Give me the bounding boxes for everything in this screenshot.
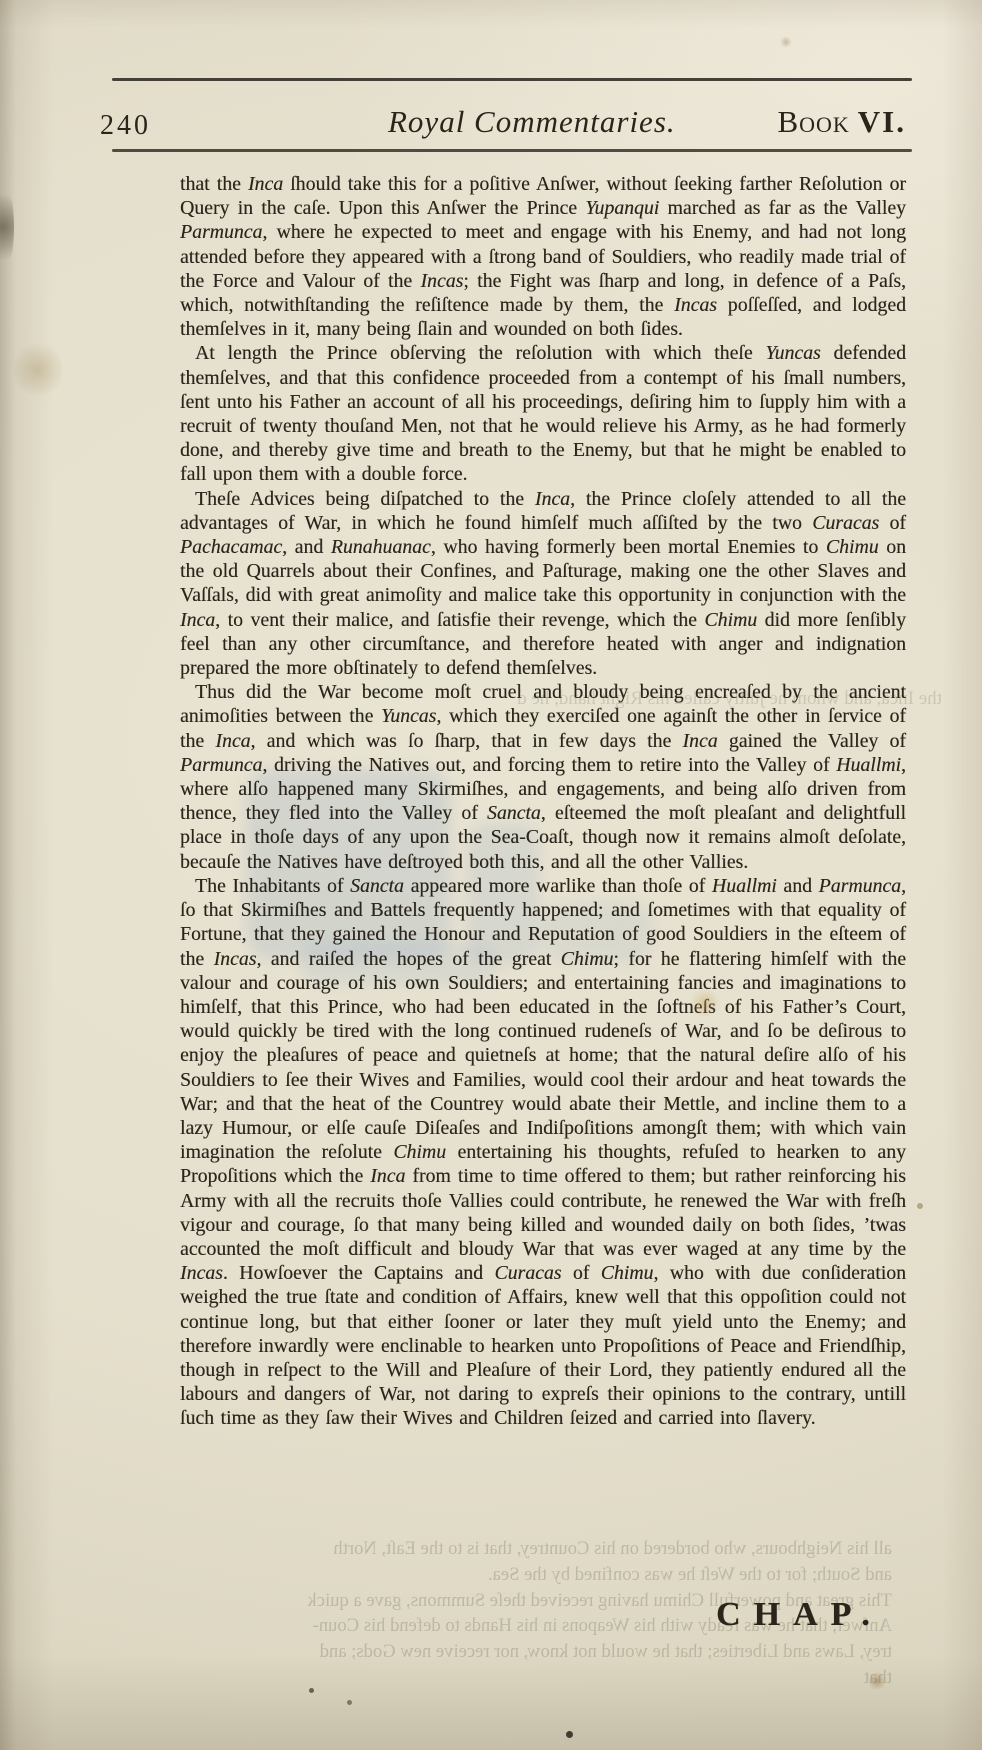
body-paragraph: that the Inca ſhould take this for a poſ… xyxy=(180,172,906,341)
italic-term: Chimu xyxy=(704,609,757,631)
italic-term: Chimu xyxy=(601,1262,654,1284)
header-rule-bottom xyxy=(112,149,912,152)
text-run: of xyxy=(561,1262,600,1284)
book-word: Book xyxy=(777,104,849,139)
text-run: . Howſoever the Captains and xyxy=(223,1262,495,1284)
ink-speck xyxy=(309,1688,314,1693)
italic-term: Inca xyxy=(535,488,570,510)
italic-term: Inca xyxy=(370,1165,405,1187)
italic-term: Sancta xyxy=(350,875,404,897)
text-run: The Inhabitants of xyxy=(195,875,350,897)
book-numeral: VI. xyxy=(858,104,906,139)
ink-speck xyxy=(917,1203,923,1209)
italic-term: Curacas xyxy=(494,1262,561,1284)
italic-term: Incas xyxy=(214,948,257,970)
text-run: and xyxy=(777,875,819,897)
italic-term: Incas xyxy=(674,294,717,316)
italic-term: Yuncas xyxy=(381,705,436,727)
italic-term: Huallmi xyxy=(712,875,777,897)
text-run: , who with due conſideration weighed the… xyxy=(180,1262,906,1429)
catchword: CHAP. xyxy=(716,1596,883,1634)
italic-term: Parmunca xyxy=(180,221,262,243)
text-run: At length the Prince obſerving the reſol… xyxy=(195,342,765,364)
body-text: that the Inca ſhould take this for a poſ… xyxy=(180,172,906,1431)
bleedthrough-line: all his Neighbours, who bordered on his … xyxy=(108,1536,892,1562)
italic-term: Yupanqui xyxy=(585,197,659,219)
running-title: Royal Commentaries. xyxy=(388,104,676,140)
text-run: marched as far as the Valley xyxy=(659,197,906,219)
text-run: ; for he flattering himſelf with the val… xyxy=(180,948,906,1164)
italic-term: Chimu xyxy=(393,1141,446,1163)
paper-stain xyxy=(868,1672,886,1690)
italic-term: Chimu xyxy=(826,536,879,558)
text-run: , driving the Natives out, and forcing t… xyxy=(262,754,836,776)
bleedthrough-line: and South; for to the Weſt he was confin… xyxy=(108,1562,892,1588)
italic-term: Runahuanac xyxy=(331,536,431,558)
header-rule-top xyxy=(112,78,912,81)
italic-term: Parmunca xyxy=(180,754,262,776)
italic-term: Curacas xyxy=(812,512,879,534)
book-label: BookVI. xyxy=(777,104,906,140)
book-page-scan: the Inca, and whom he juſtly called his … xyxy=(0,0,982,1750)
ink-speck xyxy=(347,1700,352,1705)
text-run: of xyxy=(879,512,906,534)
italic-term: Incas xyxy=(420,270,463,292)
italic-term: Chimu xyxy=(561,948,614,970)
text-run: gained the Valley of xyxy=(718,730,906,752)
text-run: , and xyxy=(282,536,331,558)
italic-term: Inca xyxy=(682,730,717,752)
text-run: , who having formerly been mortal Enemie… xyxy=(431,536,826,558)
italic-term: Incas xyxy=(180,1262,223,1284)
paper-stain xyxy=(780,36,792,48)
italic-term: Yuncas xyxy=(765,342,820,364)
paper-stain xyxy=(0,182,14,272)
italic-term: Huallmi xyxy=(836,754,901,776)
ink-speck xyxy=(566,1731,573,1738)
text-run: , to vent their malice, and ſatisfie the… xyxy=(215,609,704,631)
bleedthrough-line: that xyxy=(108,1665,892,1691)
italic-term: Inca xyxy=(215,730,250,752)
italic-term: Inca xyxy=(180,609,215,631)
text-run: , and raiſed the hopes of the great xyxy=(256,948,560,970)
italic-term: Parmunca xyxy=(819,875,901,897)
italic-term: Sancta xyxy=(487,802,541,824)
page-number: 240 xyxy=(100,110,151,142)
italic-term: Inca xyxy=(248,173,283,195)
body-paragraph: Thus did the War become moſt cruel and b… xyxy=(180,680,906,874)
paper-stain xyxy=(14,338,62,402)
bleedthrough-line: trey, Laws and Liberties; that he would … xyxy=(108,1639,892,1665)
text-run: Theſe Advices being diſpatched to the xyxy=(195,488,535,510)
body-paragraph: Theſe Advices being diſpatched to the In… xyxy=(180,487,906,681)
text-run: appeared more warlike than thoſe of xyxy=(404,875,712,897)
text-run: that the xyxy=(180,173,248,195)
text-run: , and which was ſo ſharp, that in few da… xyxy=(251,730,683,752)
italic-term: Pachacamac xyxy=(180,536,282,558)
body-paragraph: The Inhabitants of Sancta appeared more … xyxy=(180,874,906,1431)
body-paragraph: At length the Prince obſerving the reſol… xyxy=(180,341,906,486)
